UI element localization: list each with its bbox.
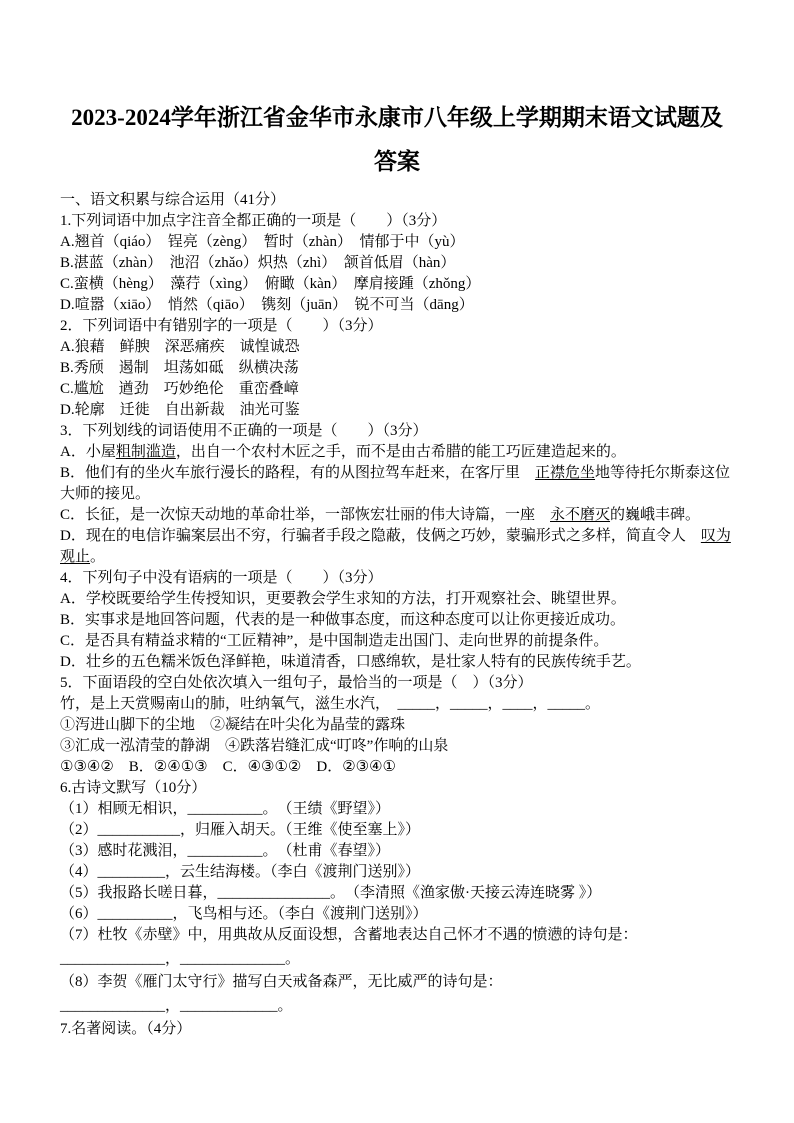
question-3-option-a-post: ，出自一个农村木匠之手，而不是由古希腊的能工巧匠建造起来的。 [176, 444, 626, 460]
question-3-option-c-pre: C．长征，是一次惊天动地的革命壮举，一部恢宏壮丽的伟大诗篇，一座 [60, 507, 550, 523]
page-title-line-2: 答案 [40, 140, 754, 184]
question-6-line-8-blanks: ______________，_____________。 [60, 996, 734, 1017]
question-4-option-a: A．学校既要给学生传授知识，更要教会学生求知的方法，打开观察社会、眺望世界。 [60, 589, 734, 610]
question-6-line-7-blanks: ______________，______________。 [60, 949, 734, 970]
question-3-option-c-post: 的巍峨丰碑。 [610, 507, 700, 523]
exam-body: 一、语文积累与综合运用（41分） 1.下列词语中加点字注音全都正确的一项是（ ）… [60, 190, 734, 1040]
question-3-stem: 3．下列划线的词语使用不正确的一项是（ ）（3分） [60, 421, 734, 442]
question-3-option-b-pre: B．他们有的坐火车旅行漫长的路程，有的从图拉驾车赶来，在客厅里 [60, 465, 535, 481]
question-3-option-a: A．小屋粗制滥造，出自一个农村木匠之手，而不是由古希腊的能工巧匠建造起来的。 [60, 442, 734, 463]
question-6-line-3: （3）感时花溅泪，__________。 （杜甫《春望》） [60, 841, 734, 862]
question-6-line-4: （4）_________，云生结海楼。（李白《渡荆门送别》） [60, 862, 734, 883]
question-3-option-c-underlined: 永不磨灭 [550, 507, 610, 523]
question-2-stem: 2．下列词语中有错别字的一项是（ ）（3分） [60, 316, 734, 337]
question-3-option-d-pre: D．现在的电信诈骗案层出不穷，行骗者手段之隐蔽，伎俩之巧妙，蒙骗形式之多样，简直… [60, 528, 701, 544]
question-6-line-2: （2）___________，归雁入胡天。（王维《使至塞上》） [60, 820, 734, 841]
question-6-stem: 6.古诗文默写（10分） [60, 778, 734, 799]
question-2-option-d: D.轮廓 迁徙 自出新裁 油光可鉴 [60, 400, 734, 421]
question-5-items-3-4: ③汇成一泓清莹的静湖 ④跌落岩缝汇成“叮咚”作响的山泉 [60, 736, 734, 757]
question-3-option-a-pre: A．小屋 [60, 444, 116, 460]
section-1-heading: 一、语文积累与综合运用（41分） [60, 190, 734, 211]
question-5-items-1-2: ①泻进山脚下的尘地 ②凝结在叶尖化为晶莹的露珠 [60, 715, 734, 736]
question-3-option-a-underlined: 粗制滥造 [116, 444, 176, 460]
question-6-line-6: （6）__________，飞鸟相与还。（李白《渡荆门送别》） [60, 904, 734, 925]
question-3-option-b-underlined: 正襟危坐 [535, 465, 595, 481]
question-2-option-a: A.狼藉 鲜腴 深恶痛疾 诚惶诚恐 [60, 337, 734, 358]
page-title-line-1: 2023-2024学年浙江省金华市永康市八年级上学期期末语文试题及 [40, 96, 754, 140]
question-6-line-8: （8）李贺《雁门太守行》描写白天戒备森严，无比威严的诗句是： [60, 972, 734, 993]
question-1-option-d: D.喧嚣（xiāo） 悄然（qiāo） 镌刻（juān） 锐不可当（dāng） [60, 295, 734, 316]
question-1-option-a: A.翘首（qiáo） 锃亮（zèng） 暂时（zhàn） 情郁于中（yù） [60, 232, 734, 253]
question-3-option-d: D．现在的电信诈骗案层出不穷，行骗者手段之隐蔽，伎俩之巧妙，蒙骗形式之多样，简直… [60, 526, 734, 568]
question-4-option-d: D．壮乡的五色糯米饭色泽鲜艳，味道清香，口感绵软，是壮家人特有的民族传统手艺。 [60, 652, 734, 673]
page-title: 2023-2024学年浙江省金华市永康市八年级上学期期末语文试题及 答案 [40, 96, 754, 184]
question-6-line-5: （5）我报路长嗟日暮，_______________。 （李清照《渔家傲·天接云… [60, 883, 734, 904]
question-5-stem: 5．下面语段的空白处依次填入一组句子，最恰当的一项是（ ）（3分） [60, 673, 734, 694]
question-7-stem: 7.名著阅读。（4分） [60, 1019, 734, 1040]
question-5-passage: 竹，是上天赏赐南山的肺，吐纳氧气，滋生水汽， _____，_____，____，… [60, 694, 734, 715]
question-1-option-c: C.蛮横（hèng） 藻荇（xìng） 俯瞰（kàn） 摩肩接踵（zhǒng） [60, 274, 734, 295]
question-3-option-d-post: 。 [90, 549, 105, 565]
question-6-line-7: （7）杜牧《赤壁》中，用典故从反面设想，含蓄地表达自己怀才不遇的愤懑的诗句是： [60, 925, 734, 946]
question-2-option-c: C.尴尬 遒劲 巧妙绝伦 重峦叠嶂 [60, 379, 734, 400]
question-6-line-1: （1）相顾无相识，__________。 （王绩《野望》） [60, 799, 734, 820]
question-4-stem: 4．下列句子中没有语病的一项是（ ）（3分） [60, 568, 734, 589]
question-5-choices: ①③④② B．②④①③ C．④③①② D．②③④① [60, 757, 734, 778]
question-3-option-b: B．他们有的坐火车旅行漫长的路程，有的从图拉驾车赶来，在客厅里 正襟危坐地等待托… [60, 463, 734, 505]
question-4-option-b: B．实事求是地回答问题，代表的是一种做事态度，而这种态度可以让你更接近成功。 [60, 610, 734, 631]
question-2-option-b: B.秀颀 遏制 坦荡如砥 纵横决荡 [60, 358, 734, 379]
exam-document-page: 2023-2024学年浙江省金华市永康市八年级上学期期末语文试题及 答案 一、语… [0, 0, 794, 1123]
question-3-option-c: C．长征，是一次惊天动地的革命壮举，一部恢宏壮丽的伟大诗篇，一座 永不磨灭的巍峨… [60, 505, 734, 526]
question-1-option-b: B.湛蓝（zhàn） 池沼（zhǎo）炽热（zhì） 颔首低眉（hàn） [60, 253, 734, 274]
question-4-option-c: C．是否具有精益求精的“工匠精神”，是中国制造走出国门、走向世界的前提条件。 [60, 631, 734, 652]
question-1-stem: 1.下列词语中加点字注音全都正确的一项是（ ）（3分） [60, 211, 734, 232]
